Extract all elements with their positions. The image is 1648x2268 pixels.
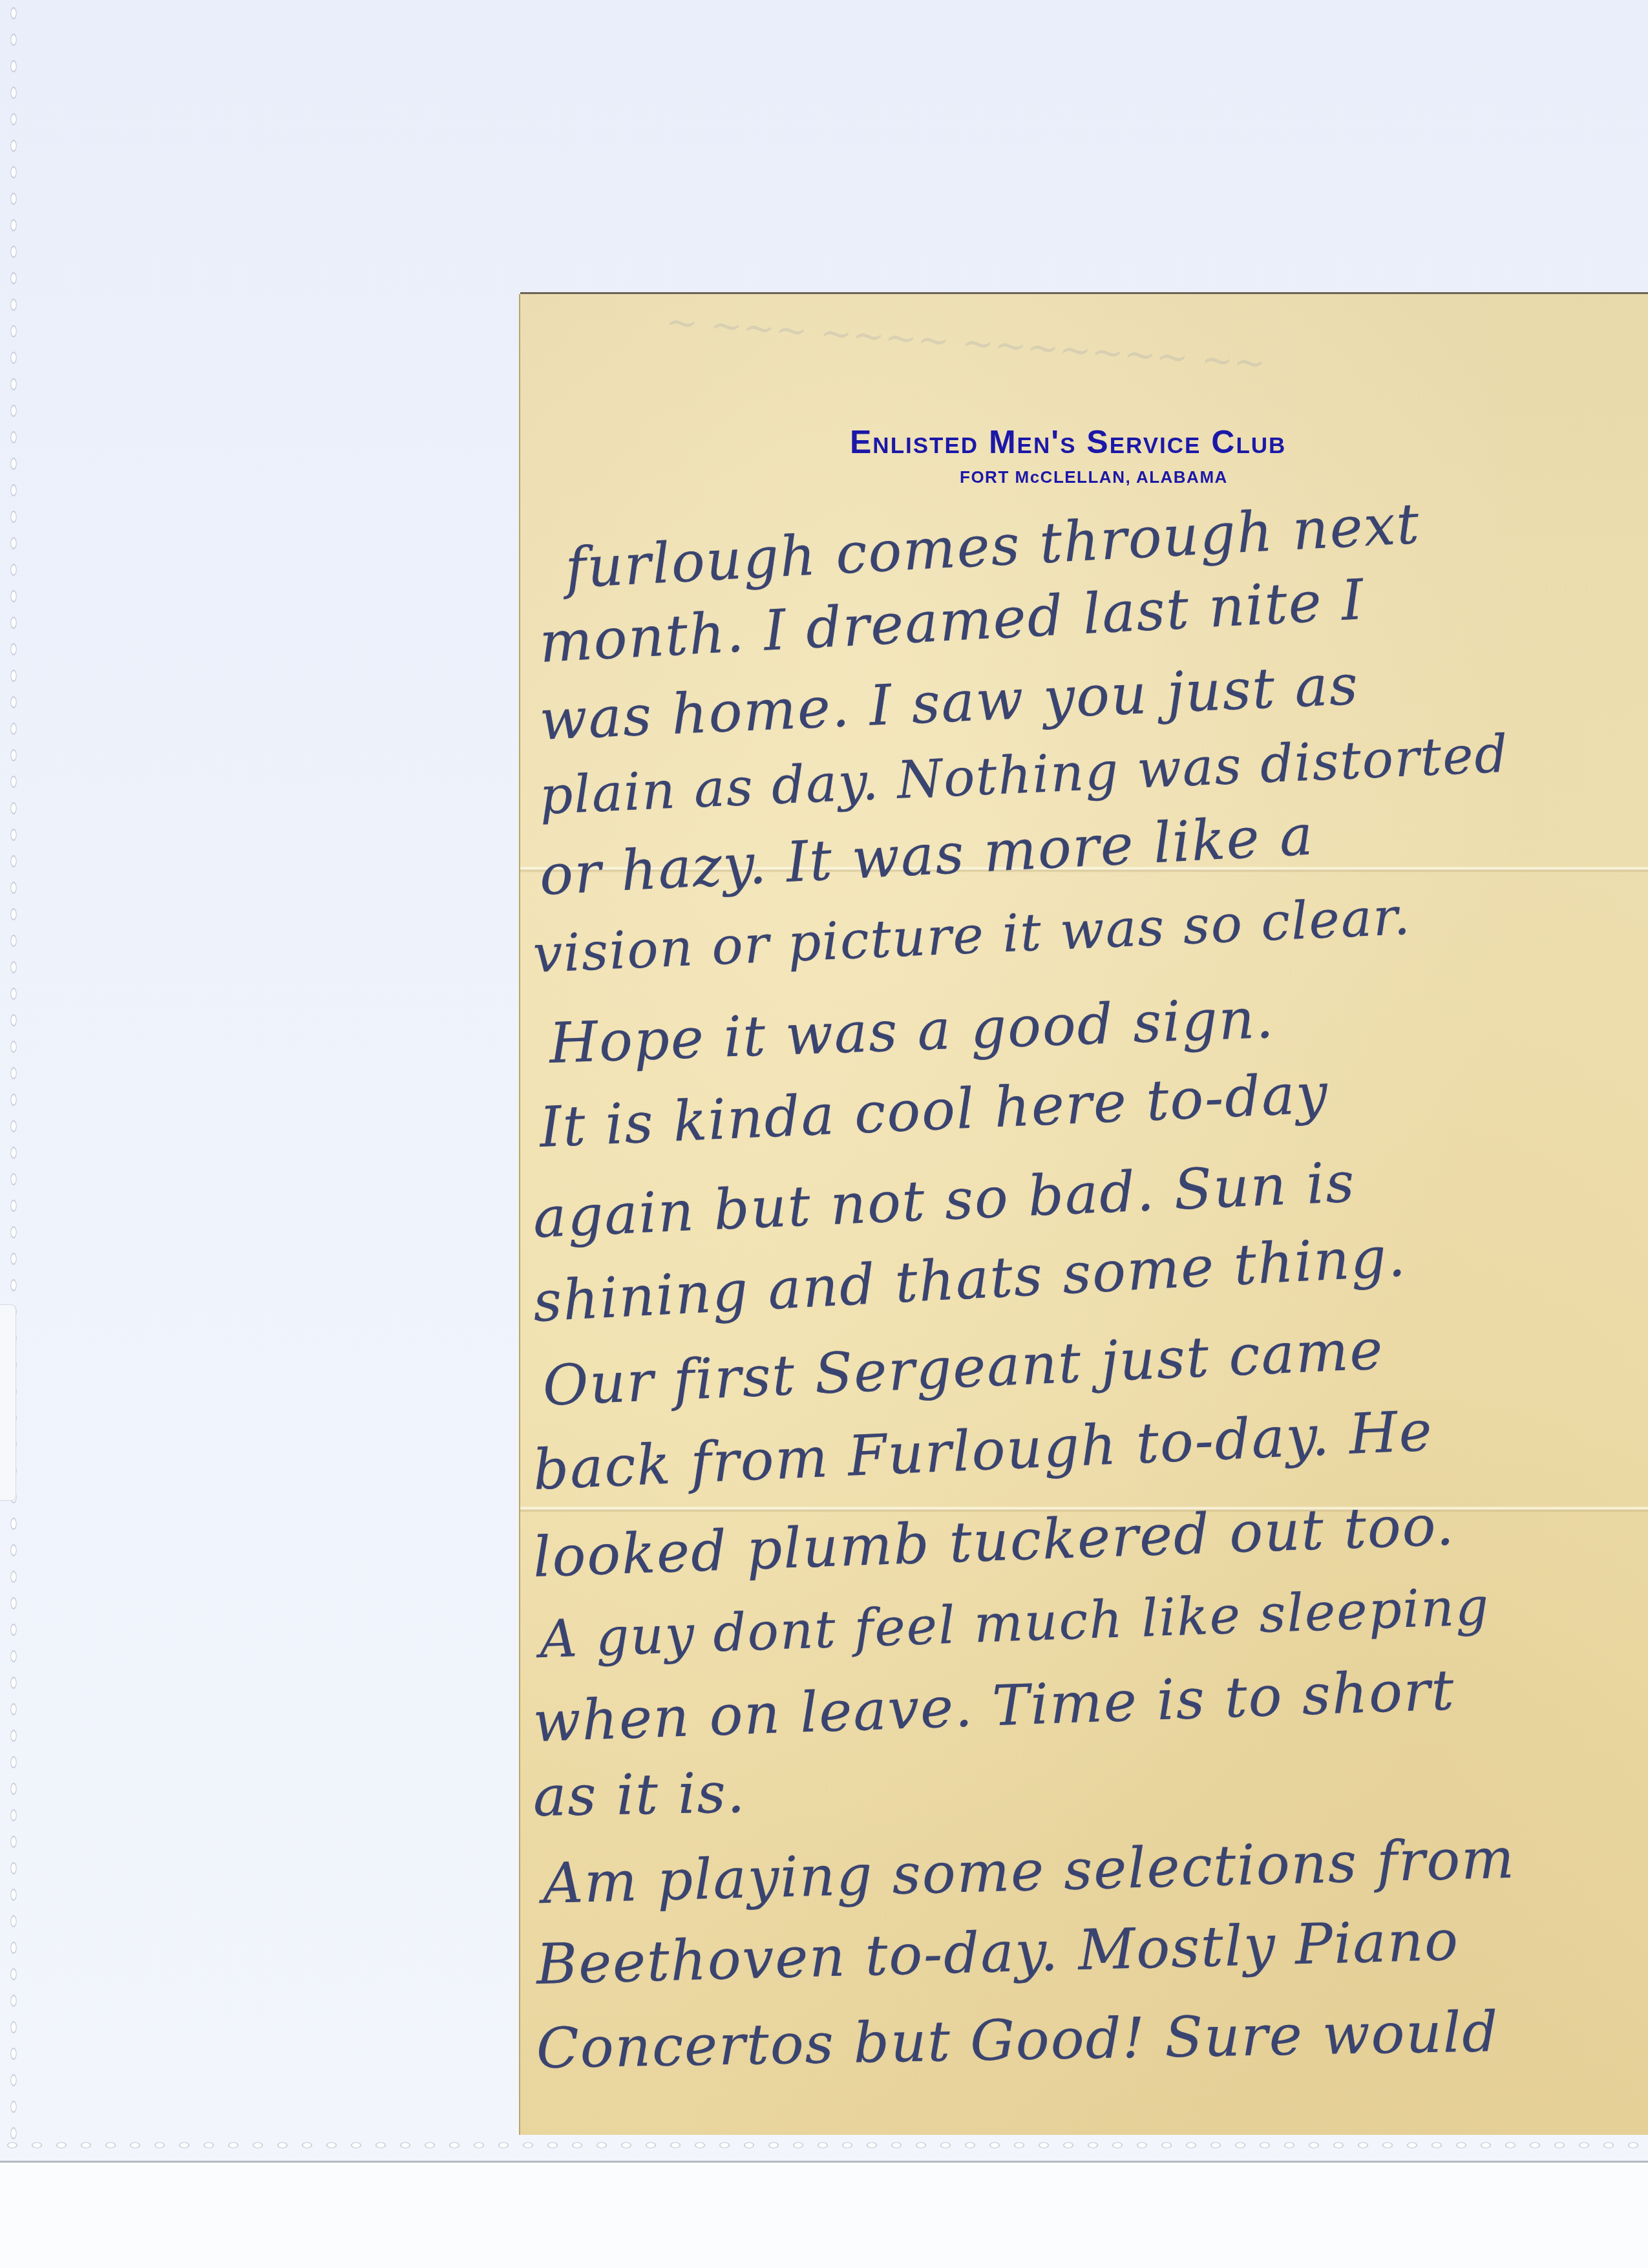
handwritten-line: Hope it was a good sign.	[548, 986, 1276, 1076]
letterhead-title: Enlisted Men's Service Club	[850, 423, 1587, 461]
handwritten-line: Am playing some selections from	[542, 1827, 1516, 1916]
handwritten-line: when on leave. Time is to short	[532, 1658, 1456, 1755]
handwritten-line: A guy dont feel much like sleeping	[538, 1576, 1490, 1669]
letter-page: ~ ~~~ ~~~~ ~~~~~~~ ~~ Enlisted Men's Ser…	[520, 294, 1648, 2135]
sleeve-side-tab	[0, 1304, 16, 1501]
handwritten-line: Concertos but Good! Sure would	[536, 2000, 1499, 2081]
handwritten-line: Our first Sergeant just came	[542, 1317, 1385, 1419]
scanner-background	[0, 2163, 1648, 2268]
letterhead-location: FORT McCLELLAN, ALABAMA	[960, 467, 1477, 487]
sleeve-perforation-left	[6, 0, 21, 2152]
handwritten-line: back from Furlough to-day. He	[532, 1399, 1435, 1503]
sleeve-perforation-bottom	[0, 2138, 1648, 2152]
handwritten-line: It is kinda cool here to-day	[538, 1061, 1330, 1160]
handwritten-line: Beethoven to-day. Mostly Piano	[536, 1909, 1460, 1997]
handwritten-line: as it is.	[533, 1761, 746, 1829]
